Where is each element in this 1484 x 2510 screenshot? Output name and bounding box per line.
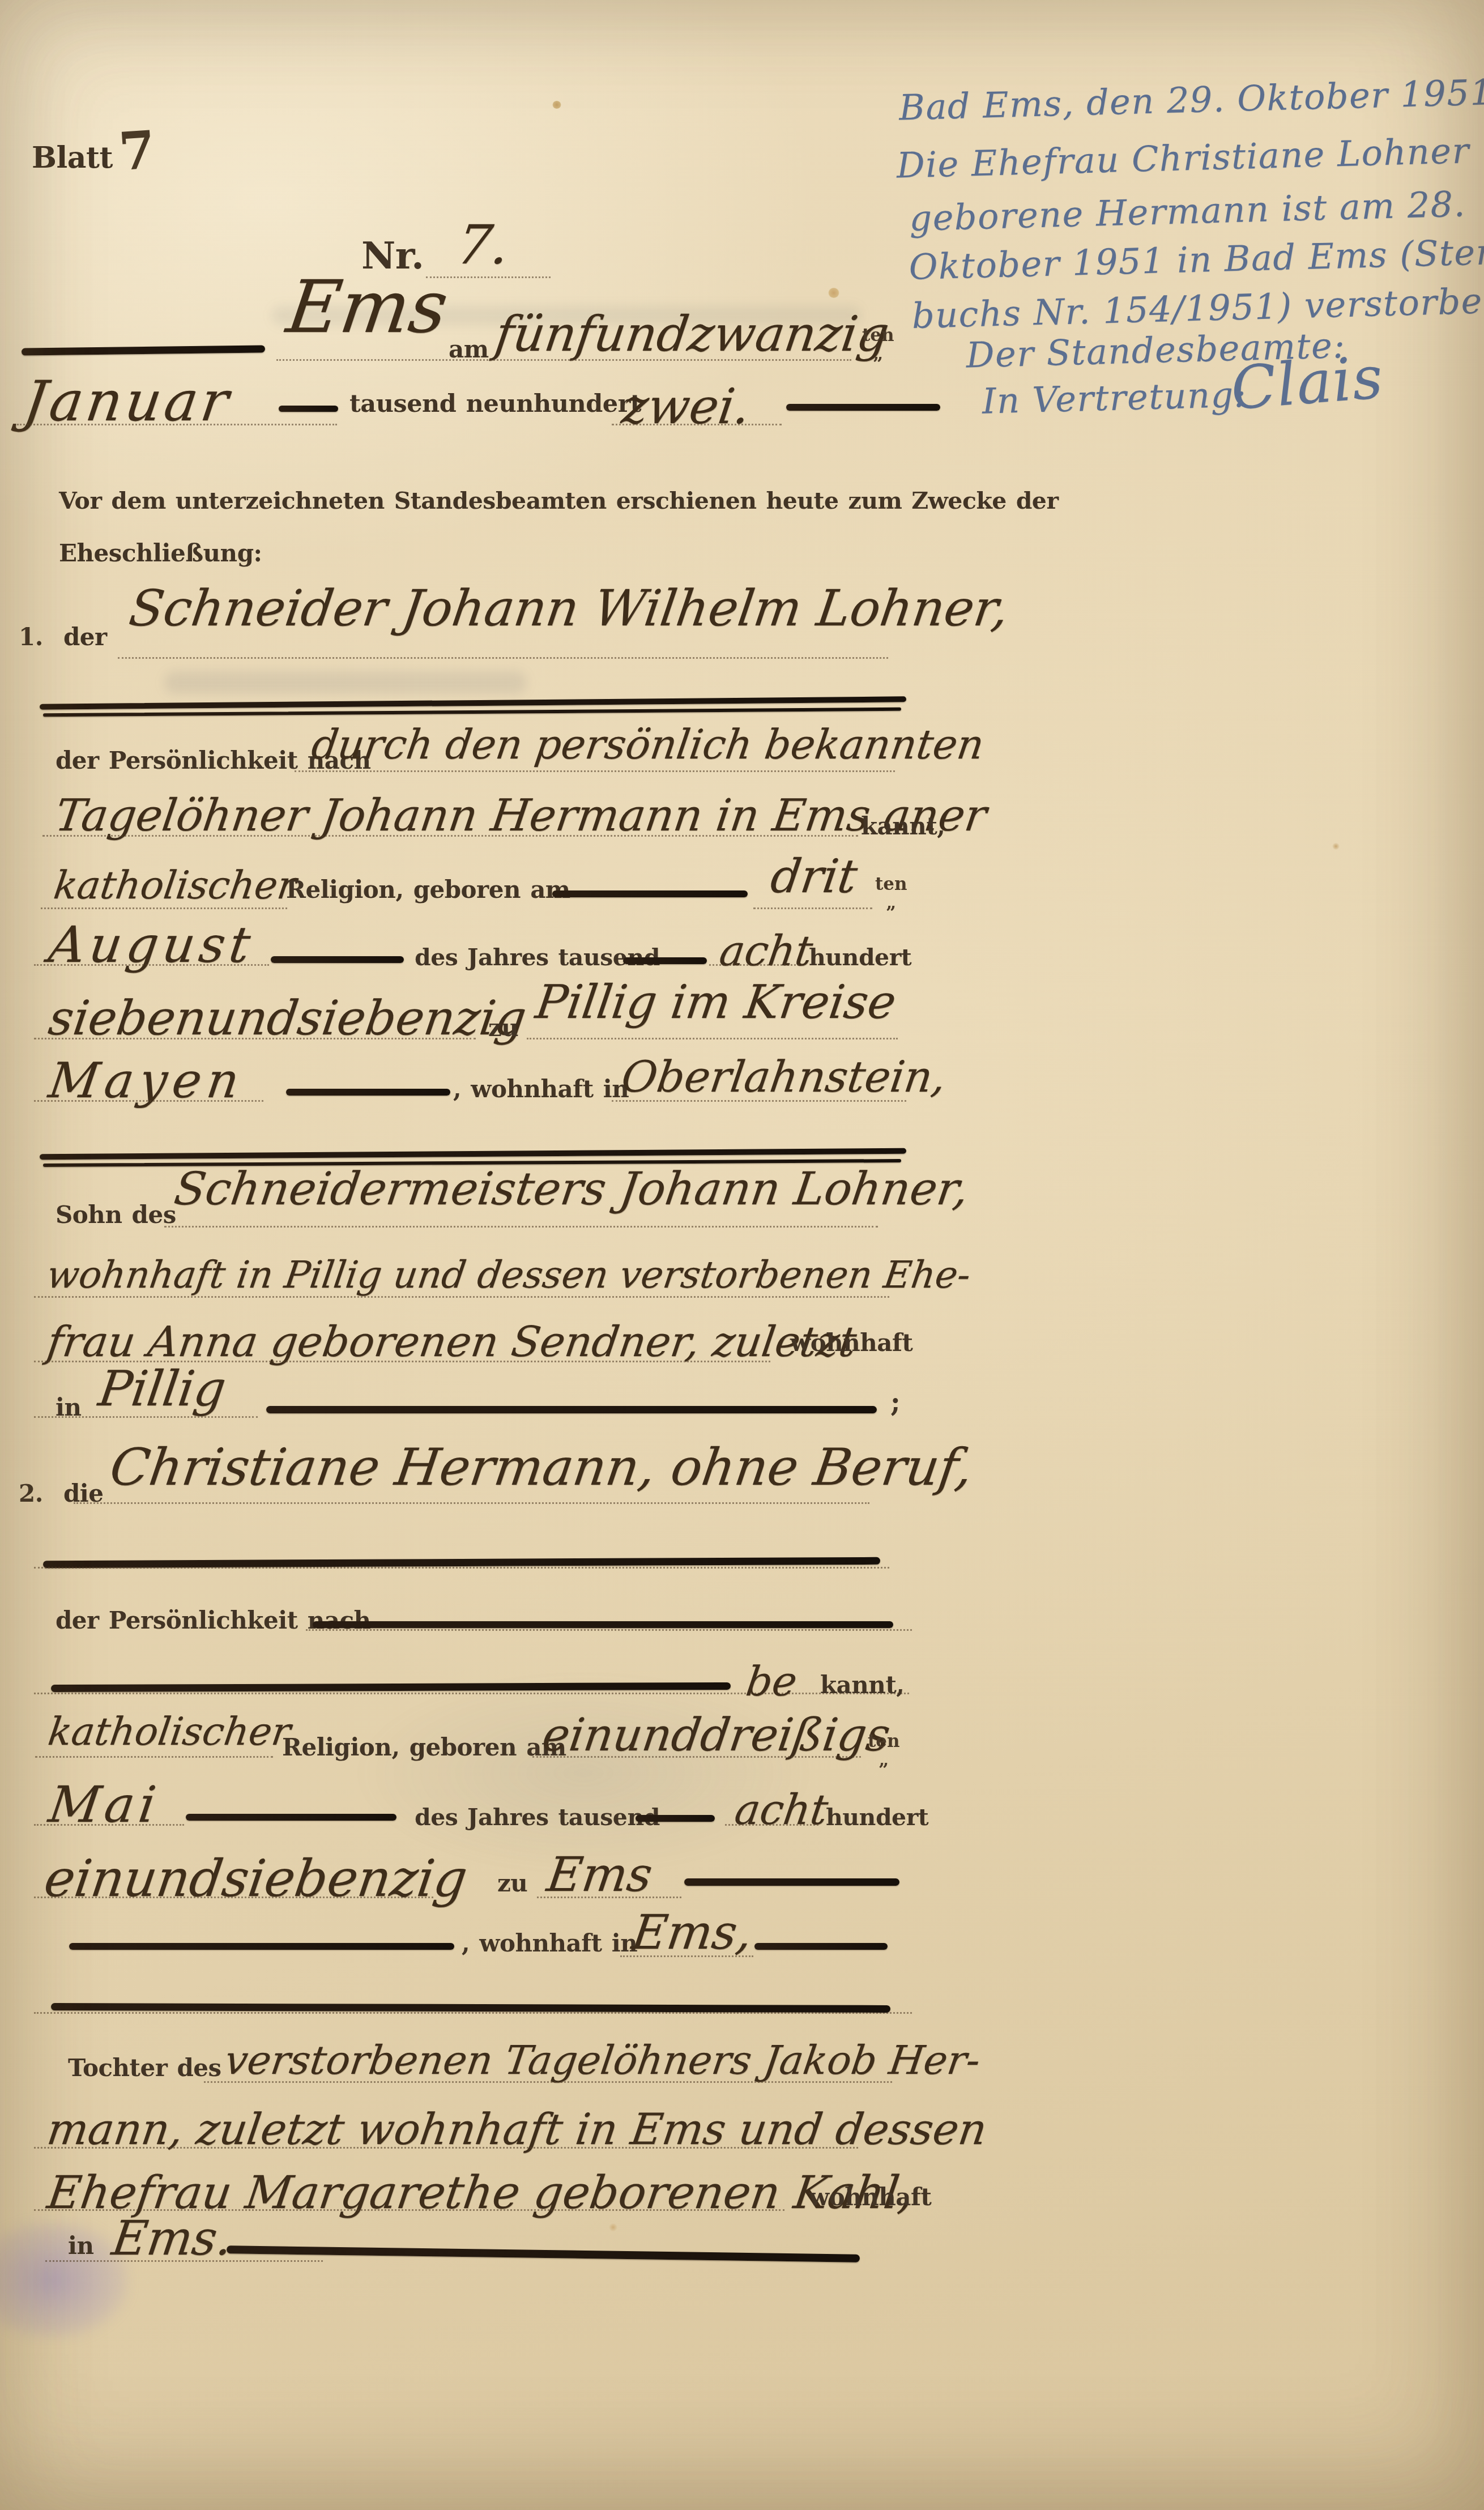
bride-religion-label: Religion, geboren am xyxy=(282,1733,566,1761)
ink-filler-dash xyxy=(754,1943,888,1950)
wohnhaft-in-label: , wohnhaft in xyxy=(462,1929,637,1957)
groom-birth-place-entry: Pillig im Kreise xyxy=(532,975,899,1029)
ink-smudge xyxy=(0,2221,130,2339)
ink-filler-dash xyxy=(271,956,404,963)
dotted-guide-line xyxy=(42,835,858,837)
dotted-guide-line xyxy=(34,2012,912,2014)
ink-filler-dash xyxy=(623,957,707,964)
ink-filler-line xyxy=(313,1621,893,1628)
dotted-guide-line xyxy=(34,964,269,966)
dotted-guide-line xyxy=(709,964,803,966)
kannt-label: kannt, xyxy=(820,1671,904,1699)
dotted-guide-line xyxy=(612,1100,906,1102)
dotted-guide-line xyxy=(34,1296,889,1298)
ink-filler-dash xyxy=(186,1814,396,1821)
bride-father-entry: verstorbenen Tagelöhners Jakob Her- xyxy=(222,2037,983,2083)
ordinal-quote-mark: „ xyxy=(875,894,907,913)
ordinal-suffix-text: ten xyxy=(868,1732,900,1751)
bride-parents-residence-entry: Ems. xyxy=(109,2210,236,2266)
dotted-guide-line xyxy=(41,907,287,909)
ink-filler-dash xyxy=(684,1878,899,1886)
dotted-guide-line xyxy=(725,1824,818,1826)
ordinal-quote-mark: „ xyxy=(868,1751,900,1770)
dotted-guide-line xyxy=(295,770,895,772)
wohnhaft-in-label: , wohnhaft in xyxy=(453,1075,629,1103)
dotted-guide-line xyxy=(34,1824,184,1826)
bride-parents-label: Tochter des xyxy=(68,2054,221,2082)
dotted-guide-line xyxy=(532,1756,861,1758)
ordinal-suffix-text: ten xyxy=(875,875,907,894)
jahres-label: des Jahres tausend xyxy=(415,944,660,971)
dotted-guide-line xyxy=(527,1038,898,1039)
note-line: geborene Hermann ist am 28. xyxy=(909,183,1466,239)
death-annotation-note: Bad Ems, den 29. Oktober 1951. Die Ehefr… xyxy=(879,65,1484,477)
groom-parents-line-2: wohnhaft in Pillig und dessen verstorben… xyxy=(44,1253,973,1297)
wohnhaft-label: wohnhaft xyxy=(809,2183,931,2211)
foxing-spot xyxy=(609,2223,617,2231)
separator-rule xyxy=(40,1148,906,1160)
separator-rule xyxy=(43,708,901,717)
registry-page-scan: Blatt 7 Nr. 7. Ems am fünfundzwanzig ten… xyxy=(0,0,1484,2510)
bride-birth-place-entry: Ems xyxy=(544,1847,656,1902)
dotted-guide-line xyxy=(34,2147,858,2149)
bride-residence-entry: Ems, xyxy=(629,1904,756,1960)
zu-label: zu xyxy=(497,1869,527,1897)
groom-birth-day-entry: drit xyxy=(767,850,860,904)
foxing-spot xyxy=(828,288,839,298)
groom-identity-entry-1: durch den persönlich bekannten xyxy=(309,721,987,768)
ink-filler-dash xyxy=(636,1815,715,1822)
dotted-guide-line xyxy=(34,1897,433,1898)
groom-religion-label: Religion, geboren am xyxy=(286,876,570,904)
dotted-guide-line xyxy=(34,1567,889,1569)
hundert-label: hundert xyxy=(809,944,911,971)
kannt-label: kannt, xyxy=(861,812,945,840)
groom-religion-entry: katholischer xyxy=(51,863,299,908)
note-line: Bad Ems, den 29. Oktober 1951. xyxy=(898,71,1484,128)
dotted-guide-line xyxy=(35,1756,273,1758)
ink-filler-dash xyxy=(266,1406,877,1413)
registrar-signature: Clais xyxy=(1229,342,1386,423)
dotted-guide-line xyxy=(537,1897,681,1898)
groom-father-entry: Schneidermeisters Johann Lohner, xyxy=(171,1162,972,1215)
wohnhaft-label: wohnhaft xyxy=(790,1329,912,1357)
dotted-guide-line xyxy=(204,2081,892,2083)
ordinal-suffix: ten „ xyxy=(868,1732,900,1769)
groom-century-entry: acht xyxy=(717,927,816,975)
ink-filler-dash xyxy=(22,345,265,355)
jahres-label: des Jahres tausend xyxy=(415,1804,660,1831)
bride-birth-day-entry: einunddreißigs xyxy=(539,1708,893,1761)
ink-filler-line xyxy=(51,2003,890,2013)
semicolon-label: ; xyxy=(890,1387,900,1418)
intro-line-1: Vor dem unterzeichneten Standesbeamten e… xyxy=(59,487,1059,514)
intro-line-2: Eheschließung: xyxy=(59,539,262,567)
ink-filler-dash xyxy=(552,890,748,897)
bride-identity-entry: be xyxy=(743,1657,800,1705)
bride-century-entry: acht xyxy=(732,1785,831,1834)
dotted-guide-line xyxy=(45,2260,323,2262)
groom-parents-label: Sohn des xyxy=(56,1201,176,1229)
year-printed-label: tausend neunhundert xyxy=(349,390,641,418)
groom-parents-line-3: frau Anna geborenen Sendner, zuletzt xyxy=(44,1318,859,1366)
groom-identity-entry-2: Tagelöhner Johann Hermann in Ems aner xyxy=(52,790,990,841)
dotted-guide-line xyxy=(74,1502,869,1504)
groom-name-entry: Schneider Johann Wilhelm Lohner, xyxy=(126,579,1013,637)
hundert-label: hundert xyxy=(826,1804,928,1831)
marriage-day-entry: fünfundzwanzig xyxy=(492,306,893,363)
note-line: In Vertretung: xyxy=(982,374,1247,422)
dotted-guide-line xyxy=(17,424,337,425)
bride-name-entry: Christiane Hermann, ohne Beruf, xyxy=(106,1438,976,1497)
foxing-spot xyxy=(552,101,561,109)
dotted-guide-line xyxy=(276,359,851,361)
note-line: Die Ehefrau Christiane Lohner xyxy=(896,130,1470,186)
dotted-guide-line xyxy=(306,1629,912,1631)
ink-filler-line xyxy=(51,1682,731,1692)
show-through-smudge xyxy=(164,671,527,694)
note-line: Oktober 1951 in Bad Ems (Sterbe- xyxy=(909,229,1484,288)
zu-label: zu xyxy=(488,1014,518,1042)
bride-religion-entry: katholischer xyxy=(45,1710,293,1754)
ink-filler-dash xyxy=(286,1089,450,1096)
in-label: in xyxy=(68,2232,94,2260)
groom-residence-entry: Oberlahnstein, xyxy=(619,1051,949,1102)
marriage-place-entry: Ems xyxy=(282,265,453,350)
sheet-label: Blatt xyxy=(32,140,113,175)
ink-filler-dash xyxy=(69,1943,454,1950)
ordinal-suffix: ten „ xyxy=(875,875,907,912)
dotted-guide-line xyxy=(164,1226,878,1228)
ink-filler-dash xyxy=(279,406,338,412)
dotted-guide-line xyxy=(620,1955,753,1957)
groom-index-label: 1. der xyxy=(19,623,107,651)
separator-rule xyxy=(40,696,906,709)
dotted-guide-line xyxy=(612,424,782,425)
dotted-guide-line xyxy=(34,1416,258,1418)
sheet-number-stamp: 7 xyxy=(117,119,157,182)
dotted-guide-line xyxy=(118,657,888,659)
marriage-year-entry: zwei. xyxy=(619,378,754,435)
bride-birth-year-entry: einundsiebenzig xyxy=(41,1849,471,1908)
groom-parents-residence-entry: Pillig xyxy=(95,1361,229,1417)
dotted-guide-line xyxy=(753,907,872,909)
foxing-spot xyxy=(1332,843,1340,850)
record-number-entry: 7. xyxy=(453,214,513,276)
dotted-guide-line xyxy=(34,1100,263,1102)
dotted-guide-line xyxy=(34,1038,476,1039)
